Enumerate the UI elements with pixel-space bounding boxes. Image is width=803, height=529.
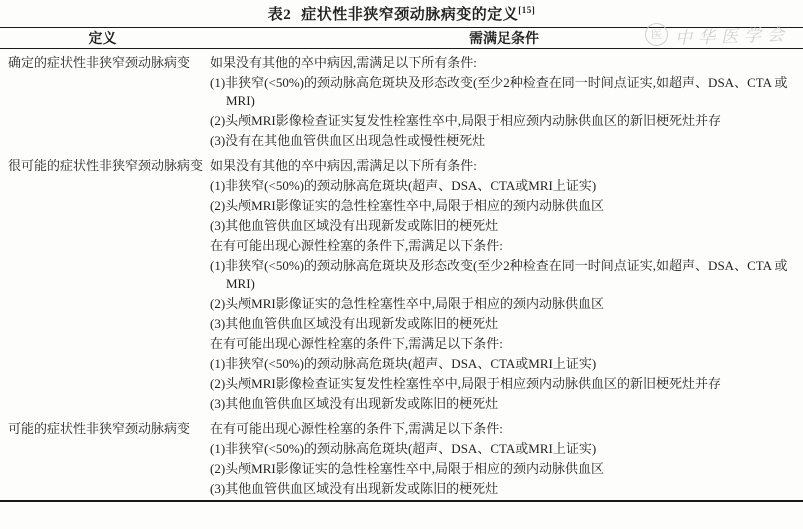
condition-line: 在有可能出现心源性栓塞的条件下,需满足以下条件: [210,237,797,255]
definition-cell: 确定的症状性非狭窄颈动脉病变 [0,49,205,72]
table-body: 确定的症状性非狭窄颈动脉病变如果没有其他的卒中病因,需满足以下所有条件:(1)非… [0,49,803,500]
condition-line: 如果没有其他的卒中病因,需满足以下所有条件: [210,54,797,72]
condition-line: (2)头颅MRI影像证实的急性栓塞性卒中,局限于相应的颈内动脉供血区 [210,295,797,313]
table-number: 表2 [268,7,292,23]
header-definition: 定义 [0,28,205,48]
table-title-text: 症状性非狭窄颈动脉病变的定义 [301,7,518,23]
condition-line: (1)非狭窄(<50%)的颈动脉高危斑块(超声、DSA、CTA或MRI上证实) [210,440,797,458]
paper-page: 表2症状性非狭窄颈动脉病变的定义[15] 医 中华医学会 定义 需满足条件 确定… [0,0,803,529]
condition-line: (2)头颅MRI影像证实的急性栓塞性卒中,局限于相应的颈内动脉供血区 [210,460,797,478]
condition-line: (3)其他血管供血区域没有出现新发或陈旧的梗死灶 [210,480,797,498]
condition-line: (3)其他血管供血区域没有出现新发或陈旧的梗死灶 [210,395,797,413]
conditions-cell: 如果没有其他的卒中病因,需满足以下所有条件:(1)非狭窄(<50%)的颈动脉高危… [205,49,803,152]
condition-line: (1)非狭窄(<50%)的颈动脉高危斑块(超声、DSA、CTA或MRI上证实) [210,177,797,195]
condition-line: (1)非狭窄(<50%)的颈动脉高危斑块(超声、DSA、CTA或MRI上证实) [210,355,797,373]
condition-line: (1)非狭窄(<50%)的颈动脉高危斑块及形态改变(至少2种检查在同一时间点证实… [210,257,797,293]
condition-line: (3)其他血管供血区域没有出现新发或陈旧的梗死灶 [210,315,797,333]
conditions-cell: 如果没有其他的卒中病因,需满足以下所有条件:(1)非狭窄(<50%)的颈动脉高危… [205,152,803,415]
table-header-row: 定义 需满足条件 [0,28,803,49]
definition-cell: 可能的症状性非狭窄颈动脉病变 [0,415,205,438]
condition-line: (3)没有在其他血管供血区出现急性或慢性梗死灶 [210,132,797,150]
condition-line: (2)头颅MRI影像证实的急性栓塞性卒中,局限于相应的颈内动脉供血区 [210,197,797,215]
condition-line: (3)其他血管供血区域没有出现新发或陈旧的梗死灶 [210,217,797,235]
condition-line: (2)头颅MRI影像检查证实复发性栓塞性卒中,局限于相应颈内动脉供血区的新旧梗死… [210,112,797,130]
condition-line: 在有可能出现心源性栓塞的条件下,需满足以下条件: [210,335,797,353]
condition-line: (2)头颅MRI影像检查证实复发性栓塞性卒中,局限于相应颈内动脉供血区的新旧梗死… [210,375,797,393]
condition-line: (1)非狭窄(<50%)的颈动脉高危斑块及形态改变(至少2种检查在同一时间点证实… [210,74,797,110]
definition-cell: 很可能的症状性非狭窄颈动脉病变 [0,152,205,175]
table-row: 很可能的症状性非狭窄颈动脉病变如果没有其他的卒中病因,需满足以下所有条件:(1)… [0,152,803,415]
condition-line: 如果没有其他的卒中病因,需满足以下所有条件: [210,157,797,175]
definition-table: 定义 需满足条件 确定的症状性非狭窄颈动脉病变如果没有其他的卒中病因,需满足以下… [0,27,803,502]
condition-line: 在有可能出现心源性栓塞的条件下,需满足以下条件: [210,420,797,438]
header-conditions: 需满足条件 [205,28,803,48]
conditions-cell: 在有可能出现心源性栓塞的条件下,需满足以下条件:(1)非狭窄(<50%)的颈动脉… [205,415,803,500]
table-row: 确定的症状性非狭窄颈动脉病变如果没有其他的卒中病因,需满足以下所有条件:(1)非… [0,49,803,152]
reference-superscript: [15] [518,5,535,15]
table-title: 表2症状性非狭窄颈动脉病变的定义[15] [0,0,803,27]
table-row: 可能的症状性非狭窄颈动脉病变在有可能出现心源性栓塞的条件下,需满足以下条件:(1… [0,415,803,500]
